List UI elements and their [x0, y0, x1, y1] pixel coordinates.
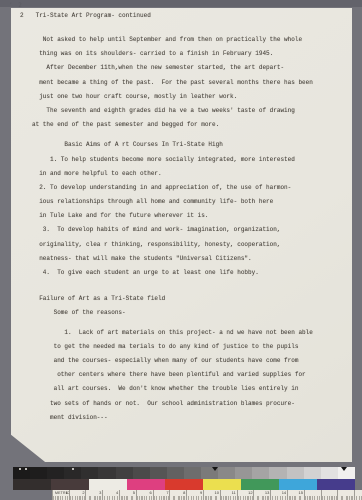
paragraph: Not asked to help until September and fr… — [32, 33, 342, 61]
text-line: Not asked to help until September and fr… — [32, 33, 342, 47]
text-line: 1. To help students become more socially… — [32, 153, 342, 167]
ruler-number: 10 — [203, 490, 220, 495]
color-patch — [241, 479, 279, 491]
color-calibration-bar — [13, 467, 355, 490]
grayscale-step — [150, 467, 167, 479]
grayscale-step — [13, 467, 30, 479]
grayscale-step — [269, 467, 286, 479]
registration-dot — [72, 468, 74, 470]
text-line: 4. To give each student an urge to at le… — [32, 266, 342, 280]
scanned-document-page: { "header": { "annotation": "' 2", "page… — [0, 0, 362, 500]
text-line: 1. Lack of art materials on this project… — [32, 326, 342, 340]
metric-ruler: METRIC 123456789101112131415 — [52, 490, 362, 500]
grayscale-step — [167, 467, 184, 479]
ruler-number: 12 — [237, 490, 254, 495]
paragraph: Basic Aims of A rt Courses In Tri-State … — [32, 138, 342, 280]
text-line: ious relationships through all home and … — [32, 195, 342, 209]
ruler-number: 3 — [86, 490, 103, 495]
text-line: After December 11th,when the new semeste… — [32, 61, 342, 75]
grayscale-step — [133, 467, 150, 479]
text-line: Basic Aims of A rt Courses In Tri-State … — [32, 138, 342, 152]
text-line: other centers where there have been plen… — [32, 368, 342, 382]
grayscale-step — [287, 467, 304, 479]
color-patch-strip — [13, 479, 355, 491]
ruler-number: 2 — [69, 490, 86, 495]
grayscale-step — [321, 467, 338, 479]
grayscale-step — [252, 467, 269, 479]
grayscale-step — [47, 467, 64, 479]
color-patch — [51, 479, 89, 491]
registration-triangle — [212, 467, 218, 471]
page-number: 2 — [20, 12, 24, 19]
text-line: The seventh and eighth grades did ha ve … — [32, 104, 342, 118]
color-patch — [279, 479, 317, 491]
grayscale-step — [218, 467, 235, 479]
ruler-number: 14 — [270, 490, 287, 495]
paragraph: After December 11th,when the new semeste… — [32, 61, 342, 104]
page-header: 2 Tri-State Art Program- continued — [20, 12, 151, 19]
ruler-numbers: 123456789101112131415 — [52, 490, 362, 495]
grayscale-strip — [13, 467, 355, 479]
text-line: ment division--- — [32, 411, 342, 425]
text-line: originality, clea r thinking, responsibi… — [32, 238, 342, 252]
ruler-number: 4 — [102, 490, 119, 495]
text-line: to get the needed ma terials to do any k… — [32, 340, 342, 354]
text-line: ment became a thing of the past. For the… — [32, 76, 342, 90]
grayscale-step — [184, 467, 201, 479]
text-line: thing was on its shoulders- carried to a… — [32, 47, 342, 61]
registration-dot — [25, 468, 27, 470]
ruler-number: 11 — [220, 490, 237, 495]
text-line: and the courses- especially when many of… — [32, 354, 342, 368]
text-line: in and more helpful to each other. — [32, 167, 342, 181]
ruler-number: 6 — [136, 490, 153, 495]
text-line: 3. To develop habits of mind and work- i… — [32, 223, 342, 237]
text-line: in Tule Lake and for the future wherever… — [32, 209, 342, 223]
color-patch — [127, 479, 165, 491]
ruler-number: 13 — [254, 490, 271, 495]
paragraph: Failure of Art as a Tri-State field — [32, 292, 342, 306]
color-patch — [317, 479, 355, 491]
registration-triangle — [341, 467, 347, 471]
color-patch — [13, 479, 51, 491]
color-patch — [165, 479, 203, 491]
text-line: 2. To develop understanding in and appre… — [32, 181, 342, 195]
ruler-number: 15 — [287, 490, 304, 495]
paragraph: 1. Lack of art materials on this project… — [32, 326, 342, 425]
ruler-label: METRIC — [55, 491, 70, 495]
grayscale-step — [98, 467, 115, 479]
ruler-number: 9 — [186, 490, 203, 495]
text-line: all art courses. We don't know whether t… — [32, 382, 342, 396]
grayscale-step — [235, 467, 252, 479]
registration-dot — [19, 468, 21, 470]
color-patch — [203, 479, 241, 491]
pencil-annotation: ' 2 — [9, 2, 23, 9]
grayscale-step — [81, 467, 98, 479]
text-line: Failure of Art as a Tri-State field — [32, 292, 342, 306]
grayscale-step — [304, 467, 321, 479]
color-patch — [89, 479, 127, 491]
text-line: at the end of the past semester and begg… — [32, 118, 342, 132]
ruler-number: 5 — [119, 490, 136, 495]
paragraph: Some of the reasons- — [32, 306, 342, 320]
ruler-number: 8 — [170, 490, 187, 495]
grayscale-step — [30, 467, 47, 479]
text-line: Some of the reasons- — [32, 306, 342, 320]
typed-document: Not asked to help until September and fr… — [32, 33, 342, 425]
text-line: two sets of hands or not. Our school adm… — [32, 397, 342, 411]
text-line: neatness- that will make the students "U… — [32, 252, 342, 266]
page-title: Tri-State Art Program- continued — [36, 12, 151, 19]
ruler-number: 7 — [153, 490, 170, 495]
background-top-shade — [0, 0, 362, 7]
grayscale-step — [116, 467, 133, 479]
text-line: just one two hour craft course, mostly i… — [32, 90, 342, 104]
paragraph: The seventh and eighth grades did ha ve … — [32, 104, 342, 132]
